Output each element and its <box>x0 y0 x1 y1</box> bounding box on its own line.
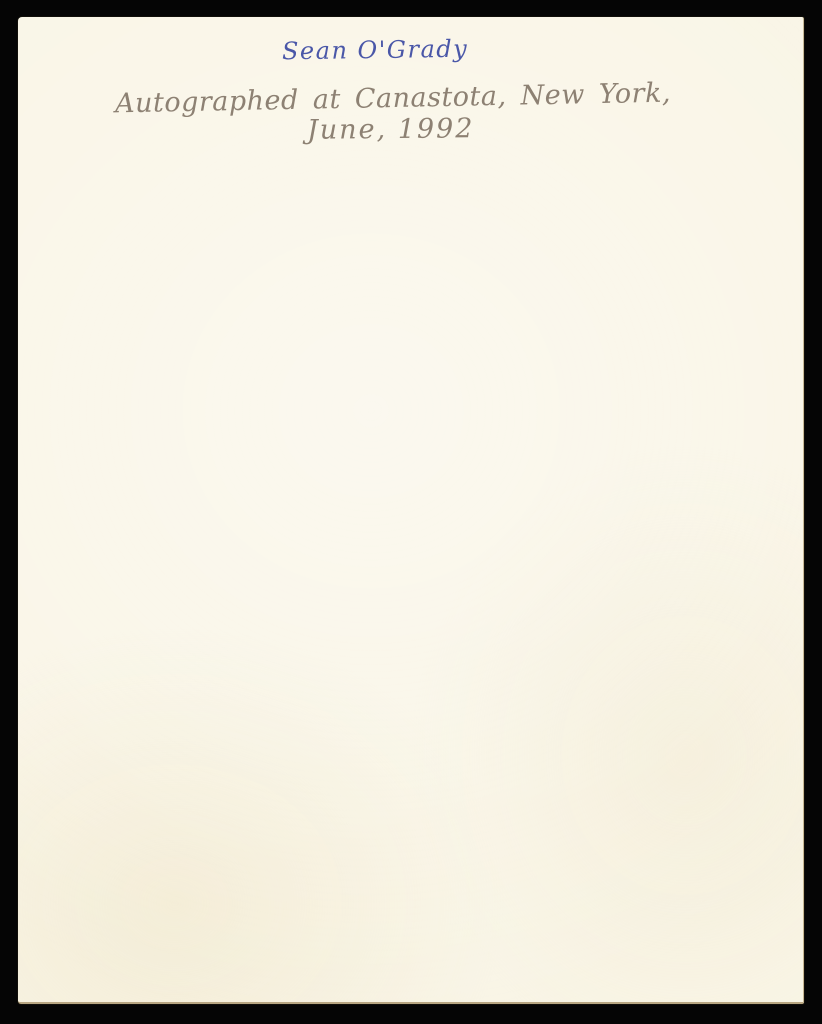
handwritten-date: June, 1992 <box>307 113 475 145</box>
handwritten-name: Sean O'Grady <box>282 35 469 66</box>
photo-back-paper: Sean O'Grady Autographed at Canastota, N… <box>18 17 804 1004</box>
